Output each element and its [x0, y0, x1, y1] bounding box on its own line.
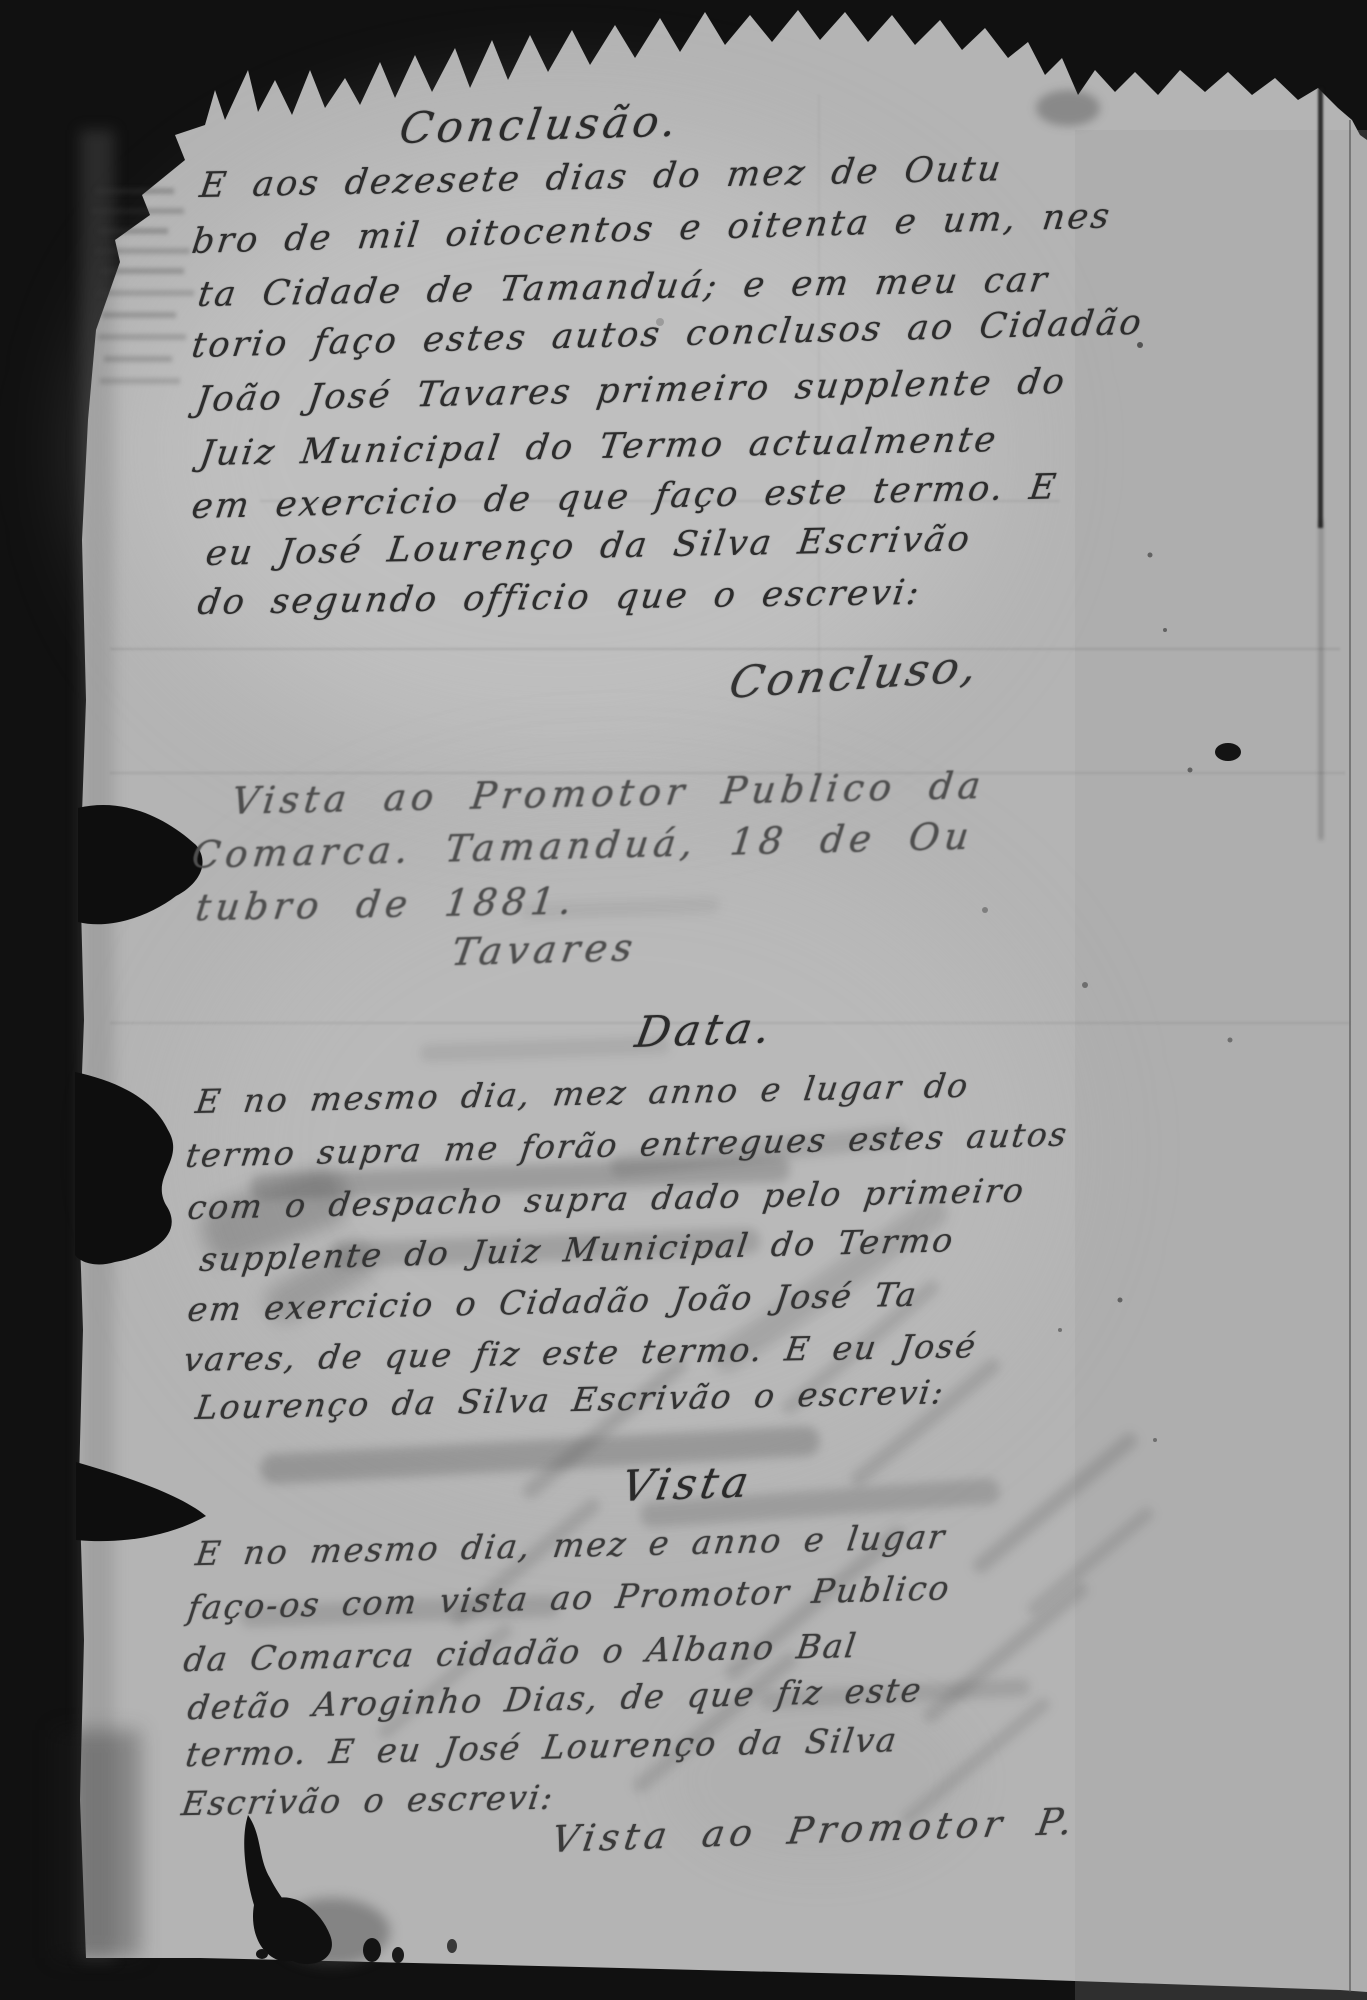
manuscript-line: E no mesmo dia, mez anno e lugar do — [193, 1066, 972, 1121]
manuscript-line: João José Tavares primeiro supplente do — [193, 362, 1069, 420]
manuscript-line: do segundo officio que o escrevi: — [195, 573, 924, 623]
manuscript-line: em exercicio de que faço este termo. E — [189, 467, 1060, 527]
heading-vista: Vista — [618, 1458, 757, 1512]
signature-concluso: Concluso, — [725, 641, 983, 709]
manuscript-line: bro de mil oitocentos e oitenta e um, ne… — [189, 196, 1114, 262]
manuscript-line: eu José Lourenço da Silva Escrivão — [203, 519, 974, 574]
signature-tavares: Tavares — [449, 925, 641, 974]
manuscript-line: detão Aroginho Dias, de que fiz este — [185, 1670, 925, 1727]
manuscript-line: termo supra me forão entregues estes aut… — [183, 1115, 1070, 1175]
handwriting-layer: Conclusão. E aos dezesete dias do mez de… — [0, 0, 1367, 2000]
manuscript-line: faço-os com vista ao Promotor Publico — [185, 1568, 953, 1627]
manuscript-line: ta Cidade de Tamanduá; e em meu car — [195, 260, 1052, 315]
manuscript-line: supplente do Juiz Municipal do Termo — [197, 1220, 957, 1279]
manuscript-line: com o despacho supra dado pelo primeiro — [185, 1171, 1027, 1227]
manuscript-line: Lourenço da Silva Escrivão o escrevi: — [193, 1372, 947, 1427]
manuscript-line: termo. E eu José Lourenço da Silva — [183, 1720, 900, 1774]
manuscript-line: vares, de que fiz este termo. E eu José — [181, 1326, 980, 1379]
marginal-note-vista-promotor: Vista ao Promotor P. — [549, 1800, 1081, 1861]
manuscript-line: E no mesmo dia, mez e anno e lugar — [193, 1517, 948, 1573]
heading-conclusao: Conclusão. — [396, 97, 683, 154]
manuscript-line: tubro de 1881. — [193, 879, 579, 929]
scanned-manuscript-page: Conclusão. E aos dezesete dias do mez de… — [0, 0, 1367, 2000]
manuscript-line: E aos dezesete dias do mez de Outu — [197, 149, 1005, 206]
manuscript-line: Juiz Municipal do Termo actualmente — [197, 420, 1000, 474]
heading-data: Data. — [632, 1003, 779, 1058]
manuscript-line: Escrivão o escrevi: — [179, 1778, 557, 1823]
manuscript-line: Comarca. Tamanduá, 18 de Ou — [190, 815, 976, 877]
manuscript-line: da Comarca cidadão o Albano Bal — [181, 1626, 860, 1679]
manuscript-line: Vista ao Promotor Publico da — [229, 764, 987, 823]
manuscript-line: em exercicio o Cidadão João José Ta — [185, 1275, 920, 1329]
